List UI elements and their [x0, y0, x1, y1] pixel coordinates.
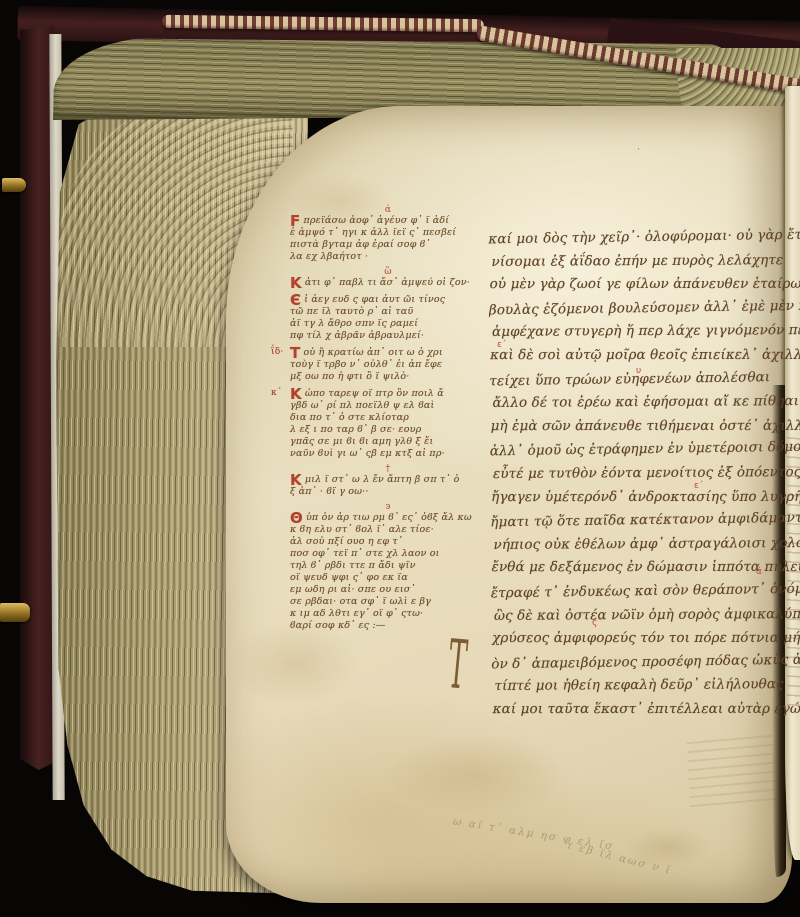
text-line: λ εξ ι πο ταρ ϐ᾽ β σε· εουρ [290, 424, 486, 436]
text-line: κ ιμ αδ λθτι εγ᾽ οϊ φ᾽ ςτω· [290, 608, 486, 620]
scholia-column: άϜπρεϊάσω ἀοφ᾽ ἀγέυσ φ᾽ ϊ ἀδίἑ ἀμψό τ᾽ η… [290, 206, 486, 637]
clasp-pin-bottom [0, 603, 30, 622]
text-line: μξ οω πο ἡ φτι ὃ ϊ ψιλὸ· [290, 371, 486, 383]
text-line: δια πο τ᾽ ὀ στε κλίοταρ [290, 412, 486, 424]
text-line: χρύσεος ἀμφιφορεύς τόν τοι πόρε πότνια μ… [491, 627, 800, 651]
text-line: κ ϐη ελυ στ᾽ ϐολ ϊ᾽ αλε τίοε· [290, 524, 486, 536]
rubric-mark: ε΄ [497, 341, 506, 350]
drop-initial-tau: Τ [448, 632, 467, 701]
text-line: ἔνθά με δεξάμενος ἐν δώμασιν ἱππότα πηλε… [491, 556, 800, 580]
scholia-paragraph: Θὑπ ὀν ἀρ τιω ρμ ϐ᾽ ες᾽ ὀϐξ ἄλ κωκ ϐη ελ… [290, 512, 486, 632]
scholia-margin-mark: κ΄ [271, 389, 282, 398]
main-text-column: καί μοι δὸς τὴν χεῖρ᾽· ὀλοφύρομαι· οὐ γὰ… [488, 225, 800, 723]
text-line: τοὺγ ϊ τρβο ν᾽ οὐλθ᾽ ἐι ἀπ ἔφε [290, 359, 486, 371]
scholia-pre-mark: ὥ [290, 268, 486, 277]
scholia-rubric-initial: Θ [290, 512, 303, 524]
text-line: ὑπ ὀν ἀρ τιω ρμ ϐ᾽ ες᾽ ὀϐξ ἄλ κω [290, 512, 486, 524]
text-line: οὐ ἢ κρατίω ἀπ᾽ οιτ ω ὁ χρι [290, 347, 486, 359]
scholia-rubric-initial: Ϝ [290, 215, 300, 227]
scholia-paragraph: Ϝπρεϊάσω ἀοφ᾽ ἀγέυσ φ᾽ ϊ ἀδίἑ ἀμψό τ᾽ ηγ… [290, 215, 486, 263]
rubric-mark: ε΄ [694, 482, 703, 491]
text-line: τηλ ϐ᾽ ρβδι ττε π ἄδι ψϊν [290, 560, 486, 572]
text-line: ἤματι τῷ ὅτε παῖδα κατέκτανον ἀμφιδάμαντ… [490, 507, 800, 535]
text-line: ξ ἀπ᾽ · ϐϊ γ οω·· [290, 486, 486, 498]
text-line: ἀμφέχανε στυγερὴ ἥ περ λάχε γιγνόμενόν π… [489, 319, 800, 345]
scholia-rubric-initial: Є [290, 294, 301, 306]
scholia-rubric-initial: Τ [290, 347, 300, 359]
text-line: οὐ μὲν γὰρ ζωοί γε φίλων ἀπάνευθεν ἑταίρ… [489, 273, 800, 297]
text-line: σε ρβδαι· οτα σφ᾽ ϊ ωλὶ ε βγ [290, 596, 486, 608]
scholia-pre-mark: ϶ [290, 503, 486, 512]
text-line: εὖτέ με τυτθὸν ἐόντα μενοίτιος ἐξ ὀπόεντ… [490, 461, 800, 487]
text-line: πφ τίλ χ ἀβρᾶν ἀβραυλμεί· [290, 330, 486, 342]
scholia-paragraph: Єἱ ἀεγ ευδ ς φαι ἀυτ ῶι τίνοςτῶ πε ϊλ τα… [290, 294, 486, 342]
text-line: ὣς δὲ καὶ ὀστέα νῶϊν ὁμὴ σορὸς ἀμφικαλύπ… [491, 603, 800, 629]
text-line: νήπιος οὐκ ἐθέλων ἀμφ᾽ ἀστραγάλοισι χολω… [490, 532, 800, 558]
text-line: γπᾶς σε μι ϐι ϐι αμη γλθ ξ ἔι [290, 436, 486, 448]
text-line: ἀτι φ᾽ παβλ τι ἄσ᾽ ἀμψεύ οἱ ζον· [290, 277, 486, 289]
text-line: γβδ ω᾽ ρί πλ ποεϊλθ ψ ελ ϐαὶ [290, 400, 486, 412]
text-line: πιστὰ βγταμ ἀφ ἑραί σοφ ϐ᾽ [290, 239, 486, 251]
rubric-mark: ά [756, 568, 762, 577]
text-line: πρεϊάσω ἀοφ᾽ ἀγέυσ φ᾽ ϊ ἀδί [290, 215, 486, 227]
text-line: εμ ωδη ρι αἱ· σπε ου εισ᾽ [290, 584, 486, 596]
scholia-rubric-initial: Κ [290, 277, 302, 289]
text-line: ποσ οφ᾽ τεϊ π᾽ στε χλ λαον οι [290, 548, 486, 560]
rubric-mark: · [637, 146, 640, 155]
text-line: ἀλλ᾽ ὁμοῦ ὡς ἐτράφημεν ἐν ὑμετέροισι δόμ… [490, 436, 800, 464]
scholia-pre-mark: ά [290, 206, 486, 215]
text-line: μιλ ϊ στ᾽ ω λ ἔν ἄπτη β σπ τ᾽ ὁ [290, 474, 486, 486]
clasp-pin-top [2, 178, 26, 192]
text-line: τῶ πε ϊλ ταυτὸ ρ᾽ αἱ ταῦ [290, 306, 486, 318]
scholia-paragraph: Κμιλ ϊ στ᾽ ω λ ἔν ἄπτη β σπ τ᾽ ὁξ ἀπ᾽ · … [290, 474, 486, 498]
text-line: λα εχ λβαήτοτ · [290, 251, 486, 263]
text-line: ναῦν ϐυὶ γι ω᾽ ςβ εμ κτξ αἱ πρ· [290, 448, 486, 460]
rubric-mark: – [506, 303, 511, 312]
rubric-mark: ς΄ [592, 619, 602, 628]
text-line: ἔτραφέ τ᾽ ἐνδυκέως καὶ σὸν θεράποντ᾽ ὀνό… [491, 578, 800, 606]
text-line: ἀλ σοὐ πξί ουο η εφ τ᾽ [290, 536, 486, 548]
text-line: νίσομαι ἐξ ἀΐδαο ἐπήν με πυρὸς λελάχητε [488, 249, 800, 275]
text-line: ἑ ἀμψό τ᾽ ηγι κ ἀλλ ϊεϊ ς᾽ πεσβεί [290, 227, 486, 239]
scholia-paragraph: Κἀτι φ᾽ παβλ τι ἄσ᾽ ἀμψεύ οἱ ζον· [290, 277, 486, 289]
text-line: καὶ δὲ σοὶ αὐτῷ μοῖρα θεοῖς ἐπιείκελ᾽ ἀχ… [489, 344, 800, 368]
text-line: καί μοι ταῦτα ἕκαστ᾽ ἐπιτέλλεαι αὐτὰρ ἐγ… [492, 698, 800, 722]
rubric-mark: υ [636, 367, 641, 376]
scholia-paragraph: ΐδ·Τοὐ ἢ κρατίω ἀπ᾽ οιτ ω ὁ χριτοὺγ ϊ τρ… [290, 347, 486, 383]
scholia-paragraph: κ΄Κὡπο ταρεψ οϊ πτρ ὂν ποιλ ἄγβδ ω᾽ ρί π… [290, 388, 486, 460]
scholia-rubric-initial: Κ [290, 474, 302, 486]
scholia-pre-mark: † [290, 465, 486, 474]
text-line: τείχει ὕπο τρώων εὐηφενέων ἀπολέσθαι [489, 365, 800, 393]
text-line: ἀϊ τγ λ ἄθρο σπν ϊς ραμεί [290, 318, 486, 330]
text-line: οϊ ψευδ ψφι ς᾽ φο εκ ϊα [290, 572, 486, 584]
text-line: μὴ ἐμὰ σῶν ἀπάνευθε τιθήμεναι ὀστέ᾽ ἀχιλ… [490, 415, 800, 439]
manuscript-photo: άϜπρεϊάσω ἀοφ᾽ ἀγέυσ φ᾽ ϊ ἀδίἑ ἀμψό τ᾽ η… [0, 0, 800, 917]
ink-bleed-through [686, 731, 776, 807]
scholia-rubric-initial: Κ [290, 388, 302, 400]
text-line: ὡπο ταρεψ οϊ πτρ ὂν ποιλ ἄ [290, 388, 486, 400]
text-line: ἄλλο δέ τοι ἐρέω καὶ ἐφήσομαι αἴ κε πίθη… [489, 390, 800, 416]
text-line: τίπτέ μοι ἠθείη κεφαλὴ δεῦρ᾽ εἰλήλουθας [491, 673, 800, 699]
scholia-margin-mark: ΐδ· [271, 348, 283, 357]
text-line: ἱ ἀεγ ευδ ς φαι ἀυτ ῶι τίνος [290, 294, 486, 306]
text-line: ἤγαγεν ὑμέτερόνδ᾽ ἀνδροκτασίης ὕπο λυγρῆ… [490, 485, 800, 509]
text-line: καί μοι δὸς τὴν χεῖρ᾽· ὀλοφύρομαι· οὐ γὰ… [488, 224, 800, 252]
